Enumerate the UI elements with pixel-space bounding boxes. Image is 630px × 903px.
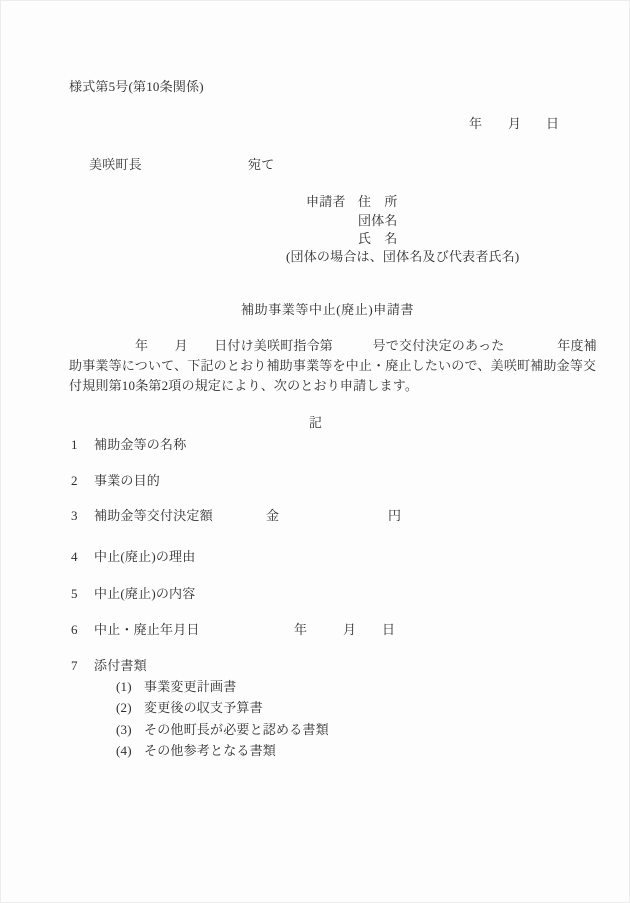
item-label: 中止・廃止年月日 [94, 622, 200, 638]
date-month-label: 月 [508, 116, 521, 132]
applicant-label: 申請者 [306, 194, 346, 210]
item-label: 事業の目的 [94, 473, 160, 489]
item-number: 3 [71, 508, 78, 524]
applicant-note: (団体の場合は、団体名及び代表者氏名) [286, 249, 519, 265]
item-number: 2 [71, 473, 78, 489]
attachment-label: その他町長が必要と認める書類 [144, 722, 329, 738]
body-line: 年 月 日付け美咲町指令第 号で交付決定のあった 年度補 [69, 338, 597, 354]
date-year-label: 年 [469, 116, 482, 132]
form-number: 様式第5号(第10条関係) [69, 79, 204, 95]
attachment-label: 変更後の収支予算書 [144, 700, 263, 716]
addressee-name: 美咲町長 [89, 157, 142, 173]
form-document-page: 様式第5号(第10条関係) 年 月 日 美咲町長 宛て 申請者 住 所 団体名 … [0, 0, 630, 903]
item-number: 6 [71, 622, 78, 638]
item-number: 1 [71, 437, 78, 453]
item-label: 中止(廃止)の理由 [94, 549, 195, 565]
item-number: 7 [71, 658, 78, 674]
attachment-number: (2) [116, 700, 132, 716]
item-number: 5 [71, 586, 78, 602]
applicant-address-label: 住 所 [358, 194, 398, 210]
applicant-name-label: 氏 名 [358, 231, 398, 247]
date-day-label: 日 [546, 116, 559, 132]
attachment-number: (1) [116, 679, 132, 695]
item6-day-label: 日 [382, 622, 395, 638]
attachment-label: その他参考となる書類 [144, 743, 276, 759]
item6-month-label: 月 [343, 622, 356, 638]
record-heading: 記 [309, 415, 322, 431]
attachment-number: (3) [116, 722, 132, 738]
body-line: 助事業等について、下記のとおり補助事業等を中止・廃止したいので、美咲町補助金等交 [69, 358, 596, 374]
amount-suffix-label: 円 [388, 508, 401, 524]
item-number: 4 [71, 549, 78, 565]
item-label: 補助金等の名称 [94, 437, 186, 453]
item-label: 補助金等交付決定額 [94, 508, 213, 524]
applicant-group-label: 団体名 [358, 213, 398, 229]
item6-year-label: 年 [294, 622, 307, 638]
body-line: 付規則第10条第2項の規定により、次のとおり申請します。 [69, 378, 418, 394]
amount-prefix-label: 金 [266, 508, 279, 524]
attachment-number: (4) [116, 743, 132, 759]
document-title: 補助事業等中止(廃止)申請書 [241, 302, 414, 318]
addressee-suffix: 宛て [248, 157, 274, 173]
item-label: 中止(廃止)の内容 [94, 586, 195, 602]
attachment-label: 事業変更計画書 [144, 679, 236, 695]
item-label: 添付書類 [94, 658, 147, 674]
